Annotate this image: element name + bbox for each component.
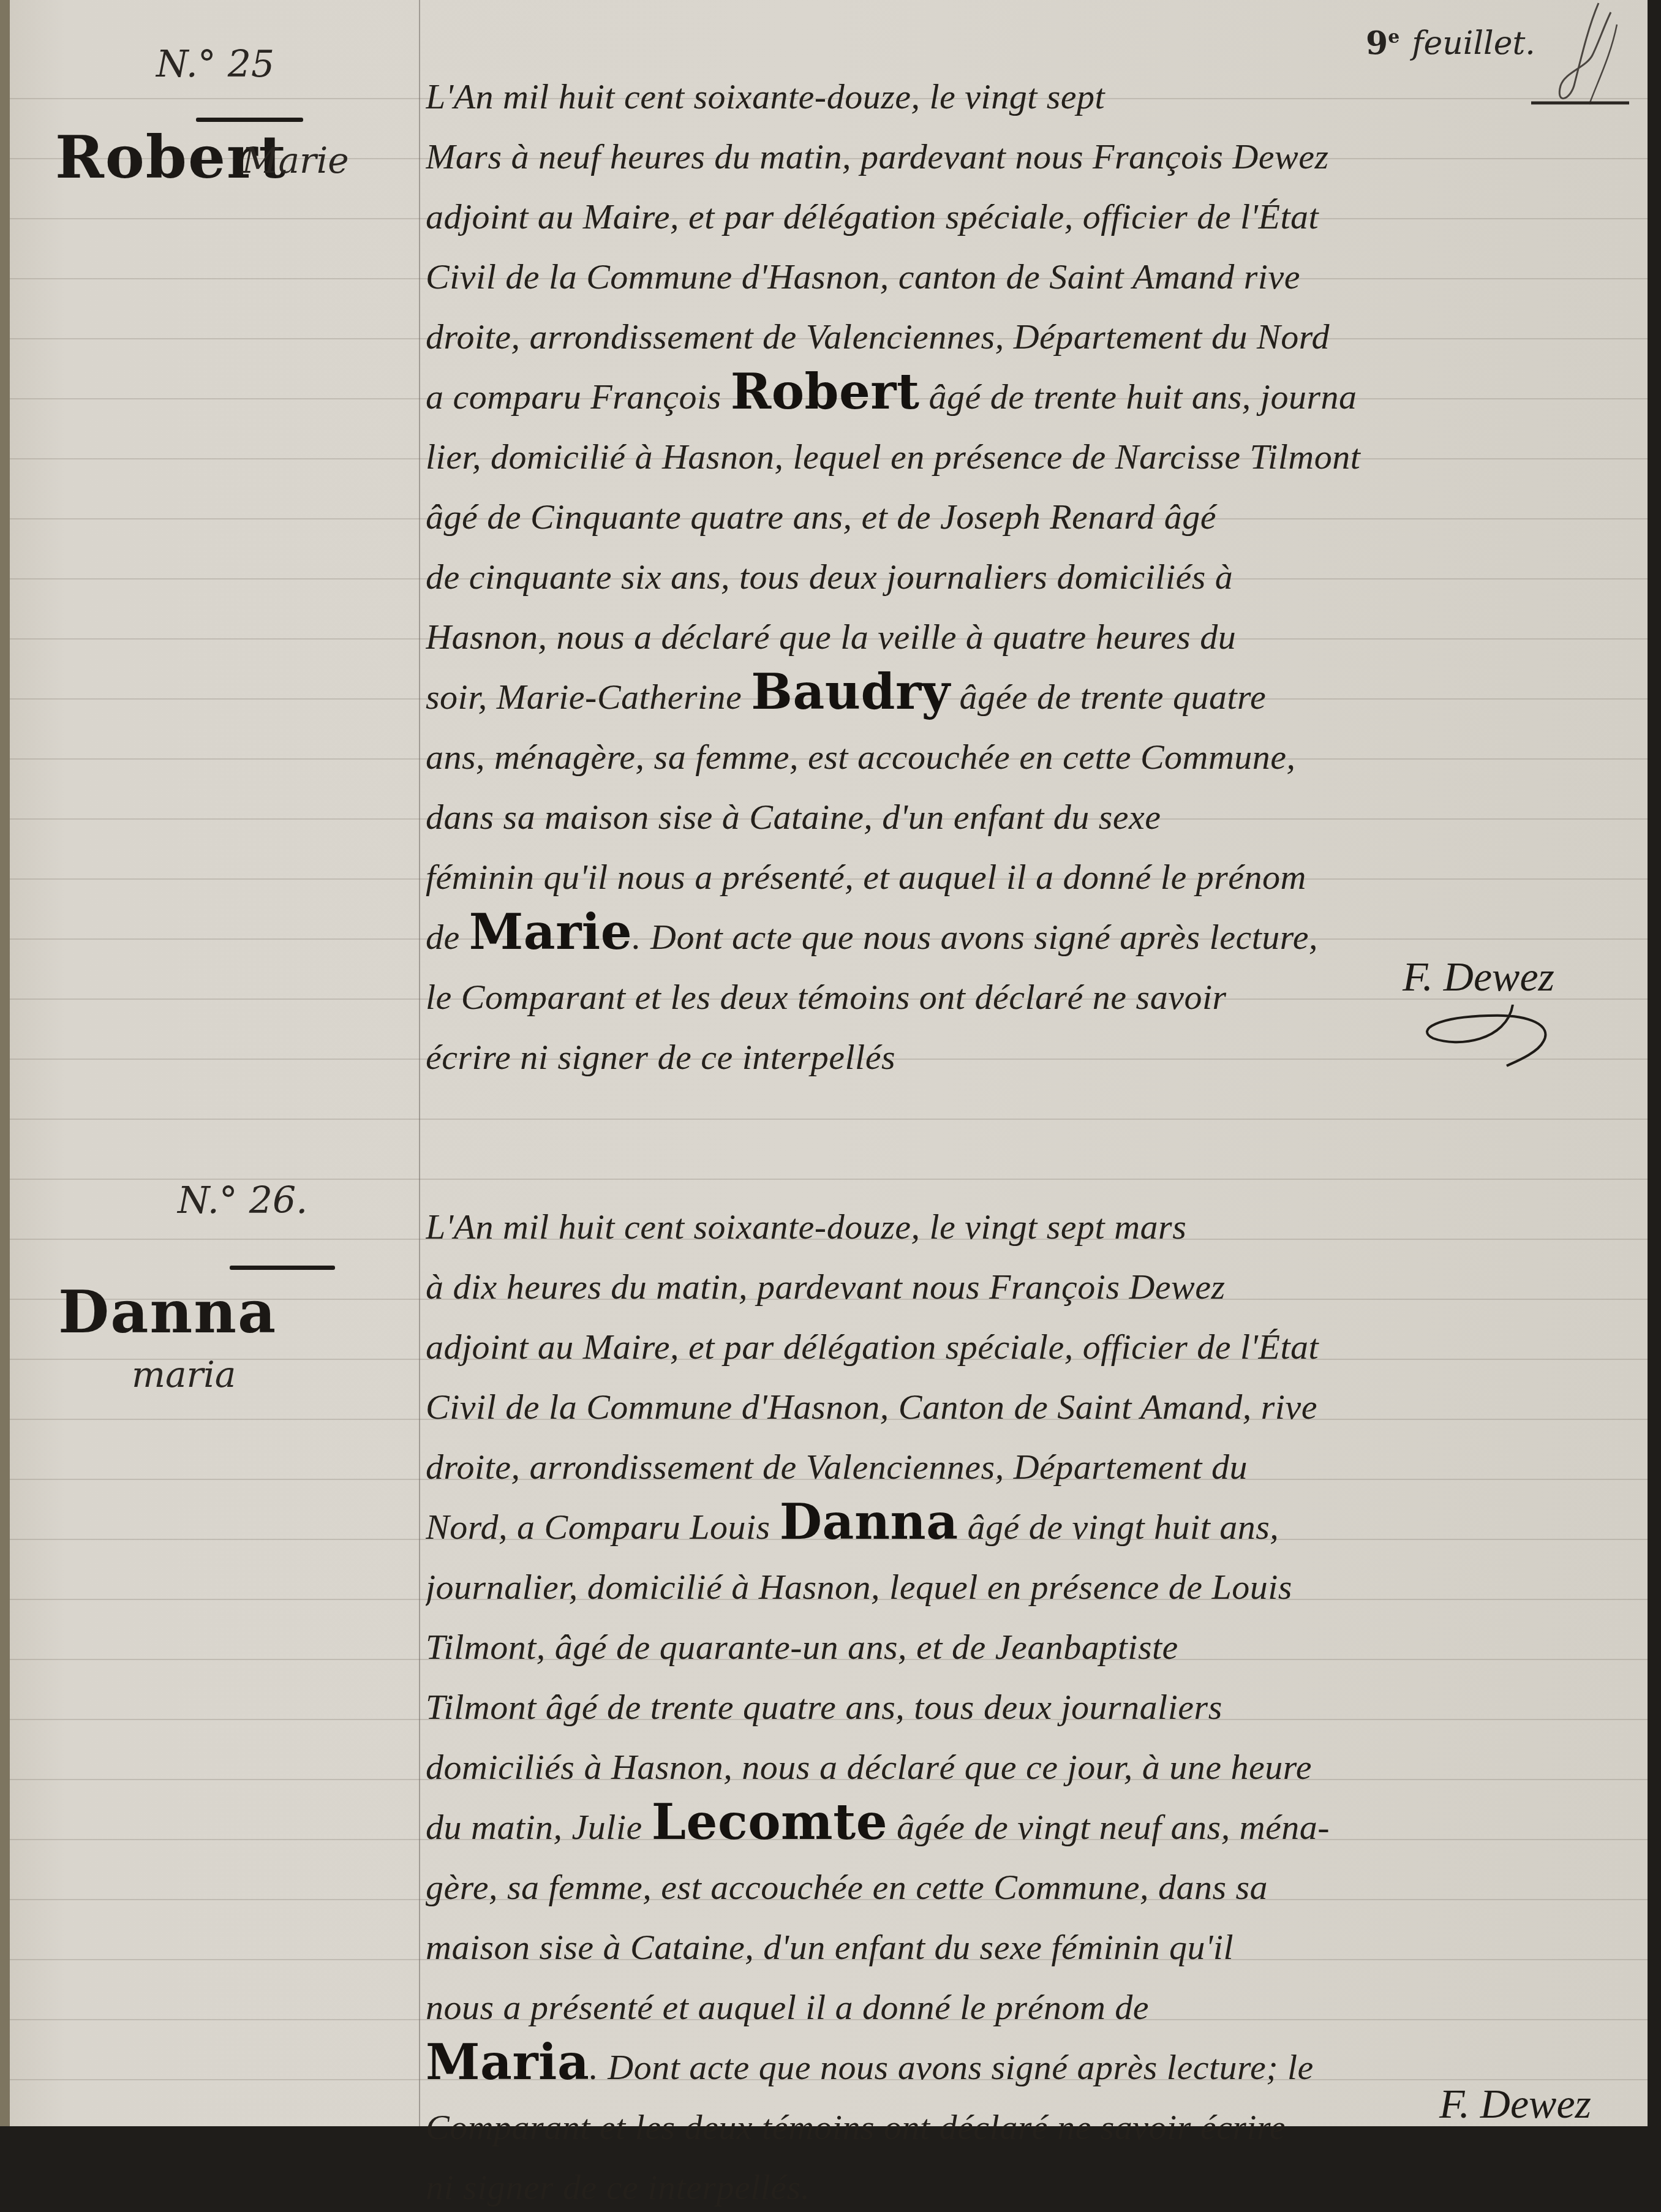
act-line: L'An mil huit cent soixante-douze, le vi… (426, 61, 1635, 121)
margin-given-name-marie: Marie (242, 140, 349, 181)
line-text: droite, arrondissement de Valenciennes, … (426, 317, 1330, 357)
line-text: âgé de Cinquante quatre ans, et de Josep… (426, 497, 1216, 537)
line-text: Tilmont âgé de trente quatre ans, tous d… (426, 1687, 1222, 1727)
act-line: droite, arrondissement de Valenciennes, … (426, 301, 1635, 361)
act-line: féminin qu'il nous a présenté, et auquel… (426, 842, 1635, 902)
line-text: L'An mil huit cent soixante-douze, le vi… (426, 77, 1105, 116)
act-line: L'An mil huit cent soixante-douze, le vi… (426, 1191, 1635, 1251)
highlighted-name: Baudry (751, 663, 950, 720)
line-text: adjoint au Maire, et par délégation spéc… (426, 197, 1319, 236)
highlighted-name: Lecomte (652, 1793, 887, 1851)
binding-edge (0, 0, 10, 2126)
act-line: gère, sa femme, est accouchée en cette C… (426, 1852, 1635, 1912)
highlighted-name: Marie (469, 903, 632, 961)
signature-dewez-26: F. Dewez (1439, 2080, 1591, 2126)
line-text: a comparu François (426, 377, 731, 417)
act-line: Nord, a Comparu Louis Danna âgé de vingt… (426, 1492, 1635, 1552)
line-text: à dix heures du matin, pardevant nous Fr… (426, 1267, 1226, 1307)
line-text: . Dont acte que nous avons signé après l… (589, 2047, 1314, 2087)
signature-dewez-25: F. Dewez (1403, 953, 1554, 1001)
line-text: . Dont acte que nous avons signé après l… (632, 917, 1318, 957)
line-text: écrire ni signer de ce interpellés (426, 1037, 895, 1077)
line-text: âgée de trente quatre (951, 677, 1267, 717)
act-line: lier, domicilié à Hasnon, lequel en prés… (426, 421, 1635, 481)
line-text: maison sise à Cataine, d'un enfant du se… (426, 1927, 1234, 1967)
act-line: ans, ménagère, sa femme, est accouchée e… (426, 722, 1635, 782)
line-text: journalier, domicilié à Hasnon, lequel e… (426, 1567, 1292, 1607)
line-text: nous a présenté et auquel il a donné le … (426, 1987, 1149, 2027)
entry-number-25: N.° 25 (156, 43, 274, 86)
line-text: Comparant et les deux témoins ont déclar… (426, 2107, 1286, 2126)
act-26: L'An mil huit cent soixante-douze, le vi… (426, 1167, 1635, 2126)
line-text: le Comparant et les deux témoins ont déc… (426, 977, 1227, 1017)
act-line: soir, Marie-Catherine Baudry âgée de tre… (426, 662, 1635, 722)
margin-surname-danna: Danna (58, 1277, 277, 1346)
line-text: domiciliés à Hasnon, nous a déclaré que … (426, 1747, 1312, 1787)
act-line: du matin, Julie Lecomte âgée de vingt ne… (426, 1792, 1635, 1852)
act-25: L'An mil huit cent soixante-douze, le vi… (426, 37, 1635, 1082)
line-text: Nord, a Comparu Louis (426, 1507, 780, 1547)
line-text: de (426, 917, 469, 957)
highlighted-name: Robert (731, 363, 920, 420)
margin-rule (419, 0, 420, 2126)
line-text: L'An mil huit cent soixante-douze, le vi… (426, 1207, 1186, 1247)
line-text: Tilmont, âgé de quarante-un ans, et de J… (426, 1627, 1178, 1667)
line-text: Civil de la Commune d'Hasnon, Canton de … (426, 1387, 1317, 1427)
act-line: Tilmont âgé de trente quatre ans, tous d… (426, 1672, 1635, 1732)
act-line: de cinquante six ans, tous deux journali… (426, 542, 1635, 602)
highlighted-name: Maria (426, 2033, 589, 2091)
line-text: de cinquante six ans, tous deux journali… (426, 557, 1233, 597)
line-text: âgé de vingt huit ans, (959, 1507, 1279, 1547)
act-line: Hasnon, nous a déclaré que la veille à q… (426, 602, 1635, 662)
act-line: Civil de la Commune d'Hasnon, Canton de … (426, 1372, 1635, 1432)
register-page: 9efeuillet. N.° 25 Robert Marie L'An mil… (0, 0, 1648, 2126)
line-text: adjoint au Maire, et par délégation spéc… (426, 1327, 1319, 1367)
act-line: dans sa maison sise à Cataine, d'un enfa… (426, 782, 1635, 842)
act-line: adjoint au Maire, et par délégation spéc… (426, 181, 1635, 241)
act-line: maison sise à Cataine, d'un enfant du se… (426, 1912, 1635, 1972)
act-line: journalier, domicilié à Hasnon, lequel e… (426, 1552, 1635, 1612)
act-line: nous a présenté et auquel il a donné le … (426, 1972, 1635, 2032)
act-line: Tilmont, âgé de quarante-un ans, et de J… (426, 1612, 1635, 1672)
line-text: féminin qu'il nous a présenté, et auquel… (426, 857, 1306, 897)
ruled-line (10, 1119, 1648, 1120)
act-line: adjoint au Maire, et par délégation spéc… (426, 1312, 1635, 1372)
margin-bar (196, 118, 303, 122)
line-text: dans sa maison sise à Cataine, d'un enfa… (426, 797, 1161, 837)
line-text: ans, ménagère, sa femme, est accouchée e… (426, 737, 1296, 777)
highlighted-name: Danna (780, 1493, 959, 1550)
act-line: droite, arrondissement de Valenciennes, … (426, 1432, 1635, 1492)
line-text: Civil de la Commune d'Hasnon, canton de … (426, 257, 1300, 296)
margin-given-name-maria: maria (132, 1354, 236, 1395)
act-line: âgé de Cinquante quatre ans, et de Josep… (426, 481, 1635, 542)
line-text: du matin, Julie (426, 1807, 652, 1847)
line-text: âgée de vingt neuf ans, ména- (887, 1807, 1330, 1847)
act-line: à dix heures du matin, pardevant nous Fr… (426, 1251, 1635, 1312)
margin-bar (230, 1266, 335, 1270)
line-text: âgé de trente huit ans, journa (919, 377, 1357, 417)
line-text: droite, arrondissement de Valenciennes, … (426, 1447, 1248, 1487)
line-text: lier, domicilié à Hasnon, lequel en prés… (426, 437, 1360, 477)
signature-flourish-icon (1421, 1005, 1556, 1072)
line-text: soir, Marie-Catherine (426, 677, 751, 717)
line-text: Mars à neuf heures du matin, pardevant n… (426, 137, 1329, 176)
act-line: Civil de la Commune d'Hasnon, canton de … (426, 241, 1635, 301)
line-text: gère, sa femme, est accouchée en cette C… (426, 1867, 1268, 1907)
entry-number-26: N.° 26. (178, 1179, 307, 1222)
act-line: Mars à neuf heures du matin, pardevant n… (426, 121, 1635, 181)
act-line: a comparu François Robert âgé de trente … (426, 361, 1635, 421)
line-text: Hasnon, nous a déclaré que la veille à q… (426, 617, 1236, 657)
act-line: domiciliés à Hasnon, nous a déclaré que … (426, 1732, 1635, 1792)
